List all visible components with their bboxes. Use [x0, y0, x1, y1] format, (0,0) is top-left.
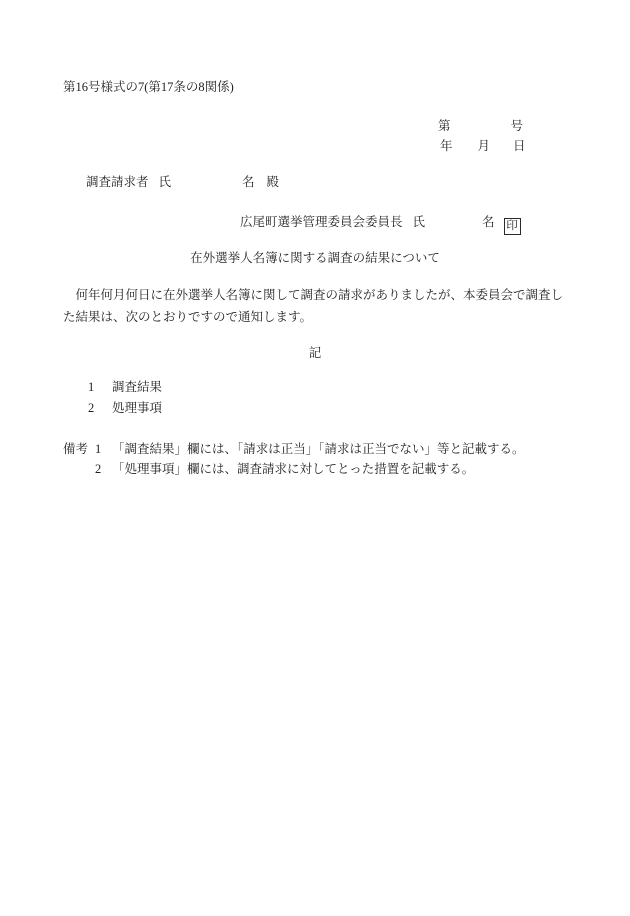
- date-year-label: 年: [440, 139, 453, 153]
- addressee-gap-2: [255, 185, 267, 186]
- addressee-line: 調査請求者氏名殿: [86, 175, 279, 190]
- addressee-given-label: 名: [242, 175, 255, 189]
- remarks-label: 備考: [63, 442, 88, 456]
- form-style-number: 第16号様式の7(第17条の8関係): [63, 80, 234, 95]
- remarks-gap: [88, 452, 95, 453]
- list-item-survey-result: 1調査結果: [88, 380, 162, 395]
- addressee-label: 調査請求者: [86, 175, 149, 189]
- date-line: 年月日: [440, 139, 526, 154]
- date-month-blank: [490, 149, 513, 150]
- sender-gap-1: [403, 225, 413, 226]
- addressee-honorific: 殿: [267, 175, 280, 189]
- note-number: 2: [95, 462, 112, 477]
- note-text: 「調査結果」欄には、「請求は正当」「請求は正当でない」等と記載する。: [112, 442, 525, 456]
- document-page: 第16号様式の7(第17条の8関係) 第号 年月日 調査請求者氏名殿 広尾町選挙…: [0, 0, 630, 916]
- doc-number-line: 第号: [438, 119, 523, 134]
- addressee-name-blank: [171, 185, 242, 186]
- sender-name-blank: [425, 225, 482, 226]
- doc-number-blank: [451, 129, 511, 130]
- doc-number-prefix: 第: [438, 119, 451, 133]
- item-label: 調査結果: [112, 380, 162, 394]
- body-paragraph: 何年何月何日に在外選挙人名簿に関して調査の請求がありましたが、本委員会で調査した…: [63, 284, 567, 328]
- date-day-label: 日: [513, 139, 526, 153]
- sender-surname-label: 氏: [413, 215, 426, 229]
- doc-number-suffix: 号: [511, 119, 524, 133]
- note-text: 「処理事項」欄には、調査請求に対してとった措置を記載する。: [112, 462, 474, 476]
- date-month-label: 月: [478, 139, 491, 153]
- addressee-surname-label: 氏: [159, 175, 172, 189]
- sender-gap-2: [495, 225, 504, 226]
- list-item-handling-matters: 2処理事項: [88, 401, 162, 416]
- item-number: 1: [88, 380, 112, 395]
- remarks-note-2: 2「処理事項」欄には、調査請求に対してとった措置を記載する。: [95, 462, 474, 477]
- sender-org-title: 広尾町選挙管理委員会委員長: [240, 215, 403, 229]
- note-number: 1: [95, 442, 112, 457]
- item-number: 2: [88, 401, 112, 416]
- remarks-note-1: 備考1「調査結果」欄には、「請求は正当」「請求は正当でない」等と記載する。: [63, 442, 525, 457]
- sender-given-label: 名: [482, 215, 495, 229]
- date-year-blank: [453, 149, 478, 150]
- item-label: 処理事項: [112, 401, 162, 415]
- addressee-gap-1: [149, 185, 159, 186]
- record-marker: 記: [0, 346, 630, 361]
- document-title: 在外選挙人名簿に関する調査の結果について: [0, 251, 630, 266]
- sender-line: 広尾町選挙管理委員会委員長氏名印: [240, 215, 521, 235]
- seal-mark: 印: [504, 218, 521, 235]
